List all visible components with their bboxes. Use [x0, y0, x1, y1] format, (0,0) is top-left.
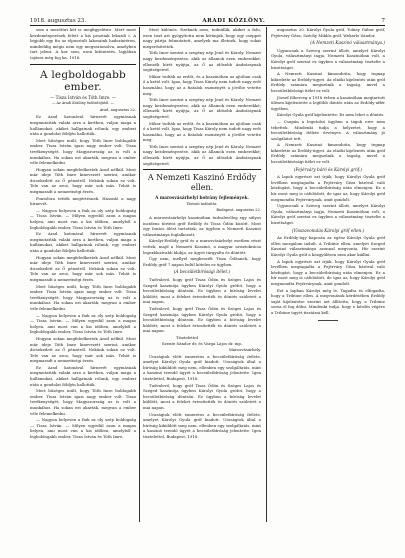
intro-text: sem a mezőtúri két is megfigyelésre. Mer…: [30, 27, 136, 61]
paragraph: Ugyancsak a Szöveg szerint állott, amely…: [271, 48, 385, 70]
paragraph: Tóth Imre szerint a szegény nép Jenő és …: [143, 144, 261, 166]
paragraph: József főherceg a 1918 évben a kaszinóba…: [271, 95, 385, 112]
paragraph: Tóth Imre szerint a szegény nép Jenő és …: [143, 97, 261, 119]
section-header: (Visszavonulás Károlyi gróf ellen.): [271, 228, 385, 234]
end-rule: [318, 320, 338, 321]
column-divider: [266, 27, 267, 522]
paragraph: Mikor tudták az erdőt, és a kaszinóban a…: [143, 74, 261, 96]
article-subtitle: A marosvásárhelyi botrány fejlemények.: [143, 195, 261, 201]
paragraph: Tudvalevő, hogy gróf Tisza Ödön és Szöge…: [143, 277, 261, 305]
page-header: 1918. augusztus 23. ARADI KÖZLÖNY. 7: [30, 14, 385, 26]
paragraph: Mikor tudták az erdőt, és a kaszinóban a…: [143, 121, 261, 143]
paragraph: — Csupán a legutolsó ügyben a tagok erre…: [271, 119, 385, 141]
column-1: sem a mezőtúri két is megfigyelésre. Mer…: [30, 27, 136, 472]
signature-role: Marosvásárhely.: [143, 347, 261, 353]
section-header: (A Nemzeti Kaszinó választmánya.): [271, 40, 385, 46]
paragraph: Ugyancsak a Szöveg szerint állott, amely…: [271, 203, 385, 225]
intro-text: Most különös. Ezeknek nem, tudniillik, a…: [143, 27, 261, 49]
paragraph: Úgy nem, mellyel megbeszélt Tisza Ödönne…: [143, 256, 261, 267]
article-source: — Az Aradi Közlöny tudósítójától. —: [30, 101, 136, 107]
section-header: (A becsületbírósági ítélet.): [143, 269, 261, 275]
paragraph: Ez Arad katonával hírnevét egymásnak meg…: [30, 114, 136, 136]
page-number: 7: [381, 18, 385, 24]
paragraph: Ez Arad katonával hírnevét egymásnak meg…: [30, 231, 136, 253]
article-subtitle: — Tisza István és Tóth Imre. —: [30, 95, 136, 101]
paragraph: Károlyi-Erdődy gróf és a marosvásárhelyi…: [143, 238, 261, 255]
section-divider: [30, 64, 136, 65]
paragraph: A lapok egyrészt azt írják, hogy Károlyi…: [271, 259, 385, 287]
paragraph: Mert hűséges múlt, hogy Tóth Imre boldog…: [30, 138, 136, 166]
column-3: augusztus 20. Károlyi Gyula gróf, Tolnay…: [271, 27, 385, 499]
paragraph: Hogyan sokan megfeledkeztek Arad nélkül.…: [30, 167, 136, 195]
intro-text: augusztus 20. Károlyi Gyula gróf, Tolnay…: [271, 27, 385, 38]
paragraph: A Nemzeti Kaszinó kimondotta, hogy tegna…: [271, 71, 385, 93]
signature-names: Szente Sándor dr. és Varga Lajos dr. mp.: [143, 341, 261, 347]
paragraph: A lapok egyrészt azt írják, hogy Károlyi…: [271, 174, 385, 202]
paragraph: Mert hűséges múlt, hogy Tóth Imre boldog…: [30, 284, 136, 312]
paragraph: Uraságtok előtt ismeretes a becsületbíró…: [143, 354, 261, 382]
issue-date: 1918. augusztus 23.: [30, 18, 86, 24]
paragraph: — Nagyon helyesen a fiuk az oly szép bol…: [30, 208, 136, 230]
dateline: Budapest, augusztus 22.: [143, 208, 261, 214]
paragraph: Ez Arad katonával hírnevét egymásnak meg…: [30, 365, 136, 387]
paragraph: A marosvásárhelyi kaszinóban tudvalevőle…: [143, 215, 261, 237]
newspaper-title: ARADI KÖZLÖNY.: [202, 18, 265, 24]
paragraph: Ezt a lapban Károlyi még le. Tagadta és …: [271, 288, 385, 316]
paragraph: A Nemzeti Kaszinó kimondotta, hogy tegna…: [271, 142, 385, 164]
section-divider: [143, 169, 261, 170]
paragraph: — Nagyon helyesen a fiuk az oly szép bol…: [30, 417, 136, 439]
article-source: Távirati tudósítás.: [143, 202, 261, 208]
paragraph: Tudvalevő, hogy gróf Tisza Ödön és Szöge…: [143, 383, 261, 411]
paragraph: Az Erdődy-ügy kapcsán az egész Károlyi G…: [271, 235, 385, 257]
section-header: (Fejérváry báró és Károlyi gróf.): [271, 167, 385, 173]
column-2: Most különös. Ezeknek nem, tudniillik, a…: [143, 27, 261, 522]
paragraph: Hogyan sokan megfeledkeztek Arad nélkül.…: [30, 255, 136, 283]
article-title: A Nemzeti Kaszinó Erdődy ellen.: [143, 173, 261, 193]
column-divider: [139, 27, 140, 522]
paragraph: — Nagyon helyesen a fiuk az oly szép bol…: [30, 313, 136, 335]
dateline: Arad, augusztus 22.: [30, 108, 136, 114]
article-title: A legboldogabb ember.: [30, 69, 136, 93]
paragraph: Hogyan sokan megfeledkeztek Arad nélkül.…: [30, 336, 136, 364]
paragraph: Károlyi Gyula gróf kijelentette: Ez nem …: [271, 112, 385, 118]
paragraph: Fontolóra tették megértésnek. Hasonló a …: [30, 196, 136, 207]
paragraph: Mert hűséges múlt, hogy Tóth Imre boldog…: [30, 388, 136, 416]
paragraph: Tudvalevő, hogy gróf Tisza Ödön és Szöge…: [143, 306, 261, 334]
paragraph: Uraságtok előtt ismeretes a becsületbíró…: [143, 412, 261, 440]
paragraph: Tóth Imre szerint a szegény nép Jenő és …: [143, 50, 261, 72]
